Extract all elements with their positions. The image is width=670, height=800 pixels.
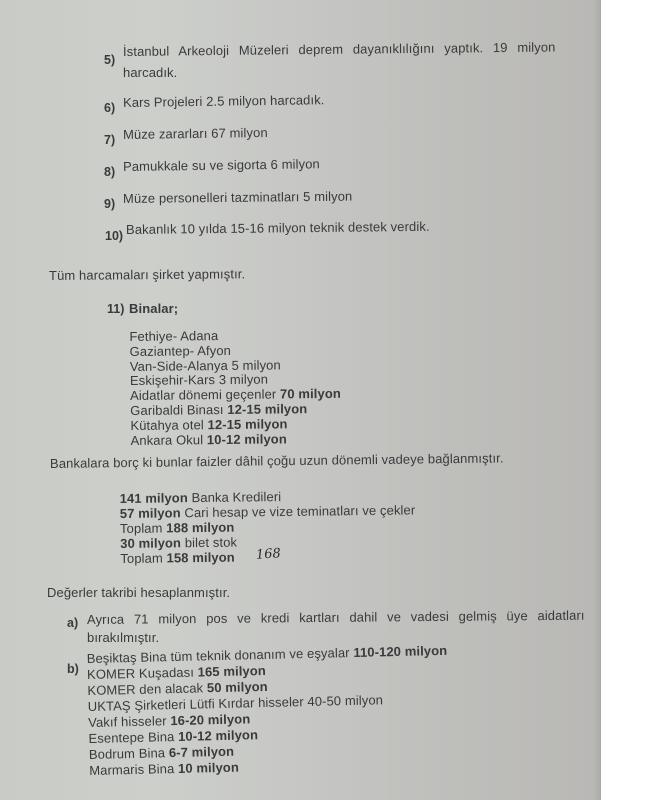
asset-amount: 16-20 milyon	[170, 711, 250, 728]
debt-label: bilet stok	[181, 535, 237, 551]
item-text: harcadık.	[123, 65, 177, 80]
debt-amount: 141 milyon	[120, 490, 188, 506]
item-text: Bakanlık 10 yılda 15-16 milyon teknik de…	[126, 219, 430, 237]
company-note: Tüm harcamaları şirket yapmıştır.	[49, 266, 245, 283]
asset-amount: 6-7 milyon	[169, 744, 235, 760]
item-text: Müze zararları 67 milyon	[123, 125, 268, 142]
document-page: 5) İstanbul Arkeoloji Müzeleri deprem da…	[0, 0, 601, 800]
building-amount: 12-15 milyon	[207, 416, 287, 432]
item-number: 9)	[104, 197, 115, 211]
building-row: Ankara Okul 10-12 milyon	[130, 430, 341, 447]
item-number: 7)	[104, 133, 115, 147]
debt-label: Banka Kredileri	[188, 489, 282, 505]
item-text: Pamukkale su ve sigorta 6 milyon	[123, 156, 320, 174]
item-number: 10)	[105, 229, 123, 243]
item-number: 8)	[104, 165, 115, 179]
asset-label: Marmaris Bina	[89, 761, 178, 778]
asset-amount: 110-120 milyon	[353, 643, 447, 660]
values-note: Değerler takribi hesaplanmıştır.	[47, 585, 230, 600]
asset-label: KOMER den alacak	[87, 680, 207, 698]
handwritten-note: 168	[256, 546, 282, 563]
debt-amount: 30 milyon	[120, 535, 181, 551]
debt-note: Bankalara borç ki bunlar faizler dâhil ç…	[50, 450, 504, 471]
asset-amount: 10-12 milyon	[178, 727, 258, 744]
debt-amount: 57 milyon	[120, 505, 181, 521]
asset-amount: 165 milyon	[197, 663, 266, 680]
building-label: Ankara Okul	[130, 432, 206, 448]
asset-label: KOMER Kuşadası	[87, 665, 198, 683]
building-label: Garibaldi Binası	[130, 402, 227, 418]
asset-amount: 50 milyon	[207, 679, 268, 695]
building-label: Fethiye- Adana	[129, 328, 218, 344]
building-label: Gaziantep- Afyon	[130, 343, 231, 359]
item-text: Müze personelleri tazminatları 5 milyon	[123, 189, 352, 206]
asset-amount: 10 milyon	[178, 760, 239, 776]
building-label: Eskişehir-Kars 3 milyon	[130, 372, 268, 388]
building-amount: 12-15 milyon	[227, 401, 307, 417]
debt-label: Toplam	[120, 550, 166, 566]
item-number: b)	[67, 662, 79, 676]
item-number: 5)	[104, 53, 115, 67]
debt-amount: 188 milyon	[166, 520, 234, 536]
debt-label: Toplam	[120, 520, 166, 536]
item-text: Ayrıca 71 milyon pos ve kredi kartları d…	[87, 608, 585, 627]
building-amount: 10-12 milyon	[207, 431, 287, 447]
building-amount: 70 milyon	[280, 386, 341, 402]
building-label: Kütahya otel	[130, 417, 207, 433]
item-text: Kars Projeleri 2.5 milyon harcadık.	[123, 92, 325, 110]
item-number: 6)	[104, 101, 115, 115]
asset-label: Esentepe Bina	[88, 729, 178, 746]
asset-label: Vakıf hisseler	[88, 713, 171, 730]
buildings-title: Binalar;	[129, 301, 178, 316]
asset-label: Bodrum Bina	[89, 745, 169, 762]
debt-amount: 158 milyon	[167, 550, 235, 566]
assets-list: Beşiktaş Bina tüm teknik donanım ve eşya…	[87, 643, 450, 779]
item-text: İstanbul Arkeoloji Müzeleri deprem dayan…	[123, 39, 556, 59]
item-number: 11)	[107, 302, 124, 316]
item-number: a)	[67, 616, 78, 630]
buildings-list: Fethiye- Adana Gaziantep- Afyon Van-Side…	[129, 327, 341, 448]
item-text: bırakılmıştır.	[87, 630, 159, 645]
